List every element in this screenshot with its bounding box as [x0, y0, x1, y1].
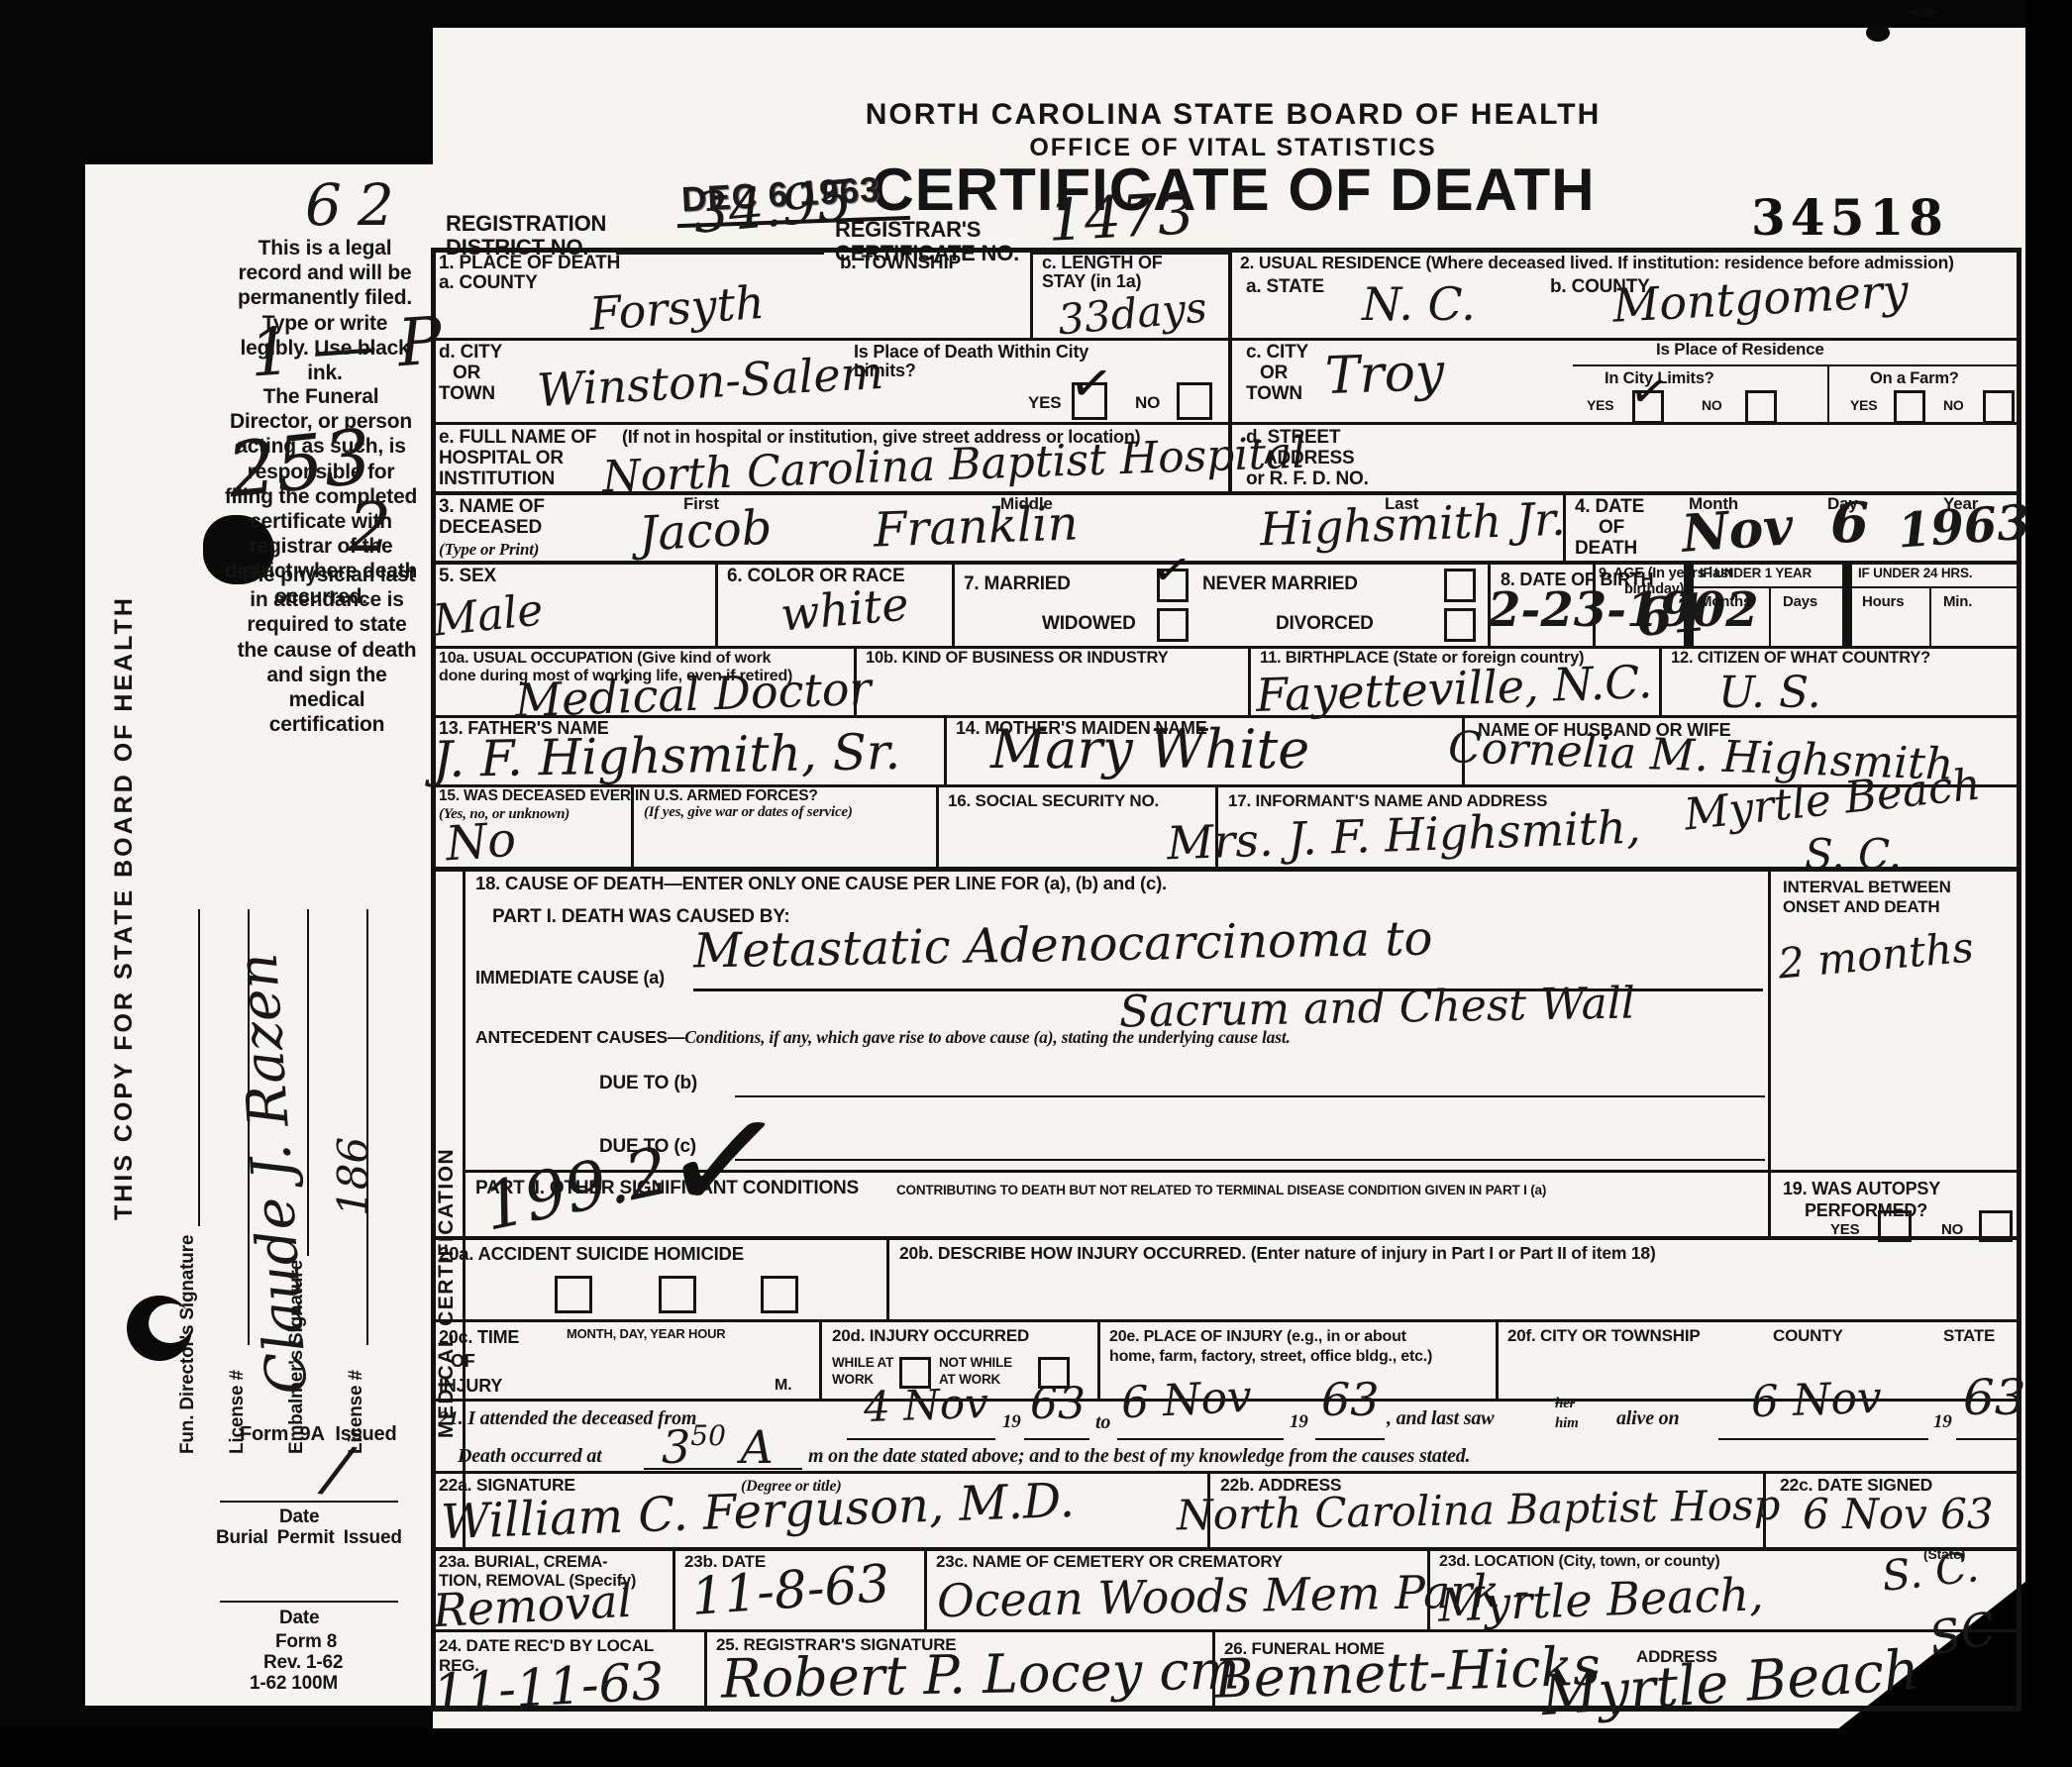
death-day-handwriting: 6 — [1830, 495, 1869, 551]
embalmer-license-handwriting: 186 — [333, 1137, 374, 1216]
grid-line — [431, 1629, 2021, 1632]
margin-code-1: 1 — P — [248, 308, 444, 386]
signature-line — [366, 909, 368, 1345]
social-security-label: 16. SOCIAL SECURITY NO. — [948, 792, 1159, 810]
printed-19-c: 19 — [1933, 1412, 1952, 1433]
grid-line — [952, 561, 955, 646]
file-number-handwriting: 62 — [305, 176, 410, 234]
date-label: Date — [279, 1609, 319, 1629]
ink-speck — [1866, 24, 1890, 42]
last-seen-year-handwriting: 63 — [1963, 1373, 2026, 1422]
certificate-title: CERTIFICATE OF DEATH — [763, 158, 1704, 223]
city-l1: d. CITY — [439, 342, 502, 363]
citizen-label: 12. CITIZEN OF WHAT COUNTRY? — [1671, 650, 1930, 668]
widowed-checkbox — [1157, 608, 1189, 642]
grid-line — [1248, 646, 1251, 715]
antecedent-bold: ANTECEDENT CAUSES— — [475, 1027, 684, 1047]
registration-district-handwriting: 34.95 — [691, 173, 855, 243]
death-certificate-scan: THIS COPY FOR STATE BOARD OF HEALTH 62 T… — [0, 0, 2072, 1767]
form8-label: Form 8 — [275, 1632, 337, 1653]
death-limits-yes-check: ✓ — [1067, 356, 1116, 413]
and-last-saw-text: , and last saw — [1387, 1408, 1494, 1430]
printed-19-b: 19 — [1290, 1412, 1308, 1433]
toi-l1: 20c. TIME — [439, 1327, 519, 1347]
death-limits-yes-label: YES — [1028, 394, 1061, 412]
date-received-handwriting: 11-11-63 — [432, 1656, 666, 1719]
kind-of-business-label: 10b. KIND OF BUSINESS OR INDUSTRY — [866, 650, 1168, 668]
homicide-checkbox — [761, 1276, 798, 1313]
suicide-checkbox — [659, 1276, 696, 1313]
autopsy-label: 19. WAS AUTOPSY PERFORMED? — [1783, 1179, 1940, 1221]
scan-edge-bottom — [0, 1728, 2072, 1767]
u21 — [644, 1468, 802, 1470]
form8-rev-label: Rev. 1-62 — [263, 1653, 343, 1674]
signature-line — [307, 909, 309, 1256]
burial-date-handwriting: 11-8-63 — [689, 1558, 891, 1623]
married-label: 7. MARRIED — [964, 574, 1071, 595]
poi-l2: home, farm, factory, street, office bldg… — [1109, 1348, 1432, 1365]
nwaw-l1: NOT WHILE — [939, 1355, 1012, 1370]
death-time-handwriting: 350 A — [662, 1422, 774, 1470]
grid-line — [431, 1547, 2021, 1551]
u21 — [1117, 1438, 1284, 1440]
grid-line — [431, 561, 2021, 565]
farm-no-checkbox — [1983, 390, 2015, 424]
fathers-name-handwriting: J. F. Highsmith, Sr. — [433, 727, 901, 784]
never-married-checkbox — [1444, 569, 1476, 602]
death-occurred-text: Death occurred at — [458, 1446, 601, 1468]
registrar-signature-handwriting: Robert P. Locey cm — [721, 1643, 1241, 1706]
days-label: Days — [1783, 594, 1817, 610]
trailing-handwriting: SC — [1926, 1606, 2000, 1662]
grid-line — [673, 1547, 675, 1632]
grid-line — [1769, 588, 1771, 646]
mothers-name-handwriting: Mary White — [990, 723, 1309, 777]
city-l3: TOWN — [439, 383, 495, 404]
her-struck: her — [1555, 1396, 1575, 1411]
last-name-handwriting: Highsmith Jr. — [1259, 496, 1566, 553]
middle-name-handwriting: Franklin — [873, 499, 1079, 554]
widowed-label: WIDOWED — [1042, 614, 1136, 635]
length-of-stay-l1: c. LENGTH OF — [1042, 253, 1163, 272]
attended-from-year-handwriting: 63 — [1030, 1383, 1086, 1426]
death-limits-no-label: NO — [1135, 394, 1160, 412]
limits-q-l1: Is Place of Death Within City — [854, 342, 1088, 362]
margin-note-physician: The physician last in attendance is requ… — [230, 563, 424, 737]
registrar-l1: REGISTRAR'S — [835, 217, 981, 242]
copy-vertical-label: THIS COPY FOR STATE BOARD OF HEALTH — [111, 576, 138, 1220]
county-label: a. COUNTY — [439, 273, 538, 294]
street-address-label: d. STREET ADDRESS or R. F. D. NO. — [1246, 428, 1369, 490]
funeral-director-block: Fun. Director's Signature License # Emba… — [176, 903, 386, 1454]
name-l1: 3. NAME OF — [439, 496, 545, 517]
county-handwriting: Forsyth — [588, 279, 767, 337]
grid-line — [944, 715, 947, 784]
limits-q-l2: Limits? — [854, 361, 916, 380]
age-handwriting: 61 — [1634, 587, 1710, 645]
residence-state-handwriting: N. C. — [1362, 281, 1476, 327]
last-seen-handwriting: 6 Nov — [1750, 1377, 1882, 1425]
attended-to-handwriting: 6 Nov — [1120, 1376, 1253, 1426]
burial-l1: 23a. BURIAL, CREMA- — [439, 1553, 607, 1571]
registrar-certificate-handwriting: 1473 — [1047, 184, 1195, 250]
date-of-death-label: 4. DATE OF DEATH — [1575, 497, 1644, 560]
res-limits-yes-label: YES — [1587, 398, 1613, 413]
immediate-cause-label: IMMEDIATE CAUSE (a) — [475, 969, 665, 987]
length-of-stay-label: c. LENGTH OF STAY (in 1a) — [1042, 254, 1163, 292]
attended-to-year-handwriting: 63 — [1321, 1377, 1380, 1422]
occ-l1: 10a. USUAL OCCUPATION (Give kind of work — [439, 650, 771, 667]
street-l2: ADDRESS — [1246, 448, 1355, 468]
embalmer-signature-handwriting: Claude J. Razen — [231, 951, 317, 1396]
board-title: NORTH CAROLINA STATE BOARD OF HEALTH — [787, 99, 1679, 131]
u21 — [1718, 1438, 1928, 1440]
armed-forces-handwriting: No — [444, 816, 517, 869]
location-handwriting: Myrtle Beach, — [1437, 1571, 1764, 1627]
never-married-label: NEVER MARRIED — [1202, 574, 1358, 595]
month-day-year-hour-label: MONTH, DAY, YEAR HOUR — [567, 1327, 726, 1341]
scan-edge-right — [2025, 0, 2072, 1767]
autopsy-yes-label: YES — [1830, 1222, 1859, 1238]
grid-line — [1768, 867, 1771, 1239]
street-l1: d. STREET — [1246, 427, 1340, 448]
u21 — [1024, 1438, 1089, 1440]
hours-label: Hours — [1862, 594, 1904, 610]
interval-label: INTERVAL BETWEEN ONSET AND DEATH — [1783, 878, 1951, 918]
death-city-limits-question: Is Place of Death Within City Limits? — [854, 343, 1088, 381]
min-label: Min. — [1943, 594, 1972, 610]
time-of-injury-label: 20c. TIME OF INJURY — [439, 1325, 519, 1398]
form9a-label: Form 9A Issued — [240, 1424, 397, 1446]
place-of-death-label: 1. PLACE OF DEATH — [439, 254, 620, 274]
name-of-deceased-label: 3. NAME OF DECEASED — [439, 497, 545, 539]
hospital-l3: INSTITUTION — [439, 468, 555, 489]
date-label: Date — [279, 1507, 319, 1528]
residence-city-label: c. CITY OR TOWN — [1246, 343, 1308, 405]
autopsy-no-label: NO — [1941, 1222, 1963, 1238]
res-city-l2: OR — [1246, 363, 1288, 383]
res-city-l1: c. CITY — [1246, 342, 1308, 363]
margin-line — [220, 1601, 398, 1603]
injury-occurred-label: 20d. INJURY OCCURRED — [832, 1327, 1029, 1345]
farm-yes-label: YES — [1850, 398, 1877, 413]
to-text: to — [1095, 1412, 1110, 1434]
part2-sub-label: CONTRIBUTING TO DEATH BUT NOT RELATED TO… — [896, 1184, 1546, 1198]
antecedent-label: ANTECEDENT CAUSES—Conditions, if any, wh… — [475, 1028, 1291, 1047]
serial-number-stamp: 34518 — [1751, 188, 1948, 247]
sex-label: 5. SEX — [439, 567, 496, 587]
antecedent-italic: Conditions, if any, which gave rise to a… — [684, 1027, 1290, 1047]
burial-type-handwriting: Removal — [432, 1578, 633, 1633]
place-of-injury-label: 20e. PLACE OF INJURY (e.g., in or about … — [1109, 1327, 1432, 1367]
type-or-print-note: (Type or Print) — [439, 541, 539, 559]
u21 — [1315, 1438, 1385, 1440]
toi-l3: INJURY — [439, 1376, 502, 1396]
occupation-handwriting: Medical Doctor — [514, 666, 872, 724]
fun-director-signature-label: Fun. Director's Signature — [178, 1235, 199, 1454]
describe-injury-label: 20b. DESCRIBE HOW INJURY OCCURRED. (Ente… — [899, 1244, 1656, 1263]
death-occurred-rest: m on the date stated above; and to the b… — [808, 1446, 1470, 1468]
her-him-stack: her him — [1555, 1395, 1579, 1433]
grid-line — [704, 1629, 707, 1709]
dod-l3: DEATH — [1575, 538, 1637, 559]
city-or-town-label: d. CITY OR TOWN — [439, 343, 502, 405]
grid-line — [431, 1319, 2021, 1322]
dod-l2: OF — [1575, 517, 1624, 538]
autopsy-no-checkbox — [1979, 1210, 2013, 1242]
accident-suicide-homicide-label: 20a. ACCIDENT SUICIDE HOMICIDE — [439, 1244, 744, 1264]
race-handwriting: white — [778, 580, 910, 637]
physician-address-handwriting: North Carolina Baptist Hosp — [1177, 1485, 1781, 1537]
city-or-township-label: 20f. CITY OR TOWNSHIP — [1507, 1327, 1700, 1345]
birthplace-handwriting: Fayetteville, N.C. — [1255, 659, 1653, 718]
on-a-farm-label: On a Farm? — [1870, 370, 1959, 388]
hospital-name-label: e. FULL NAME OF HOSPITAL OR INSTITUTION — [439, 428, 596, 490]
if-under-24-hrs-label: IF UNDER 24 HRS. — [1858, 567, 1972, 581]
immediate-cause-handwriting-1: Metastatic Adenocarcinoma to — [693, 914, 1433, 975]
grid-line — [1852, 586, 2017, 588]
alive-on-text: alive on — [1616, 1408, 1679, 1430]
time-am: A — [741, 1420, 774, 1474]
location-label: 23d. LOCATION (City, town, or county) — [1439, 1553, 1720, 1570]
attended-text: 21. I attended the deceased from — [439, 1408, 696, 1430]
time-minutes: 50 — [690, 1419, 726, 1452]
form8-print-code: 1-62 100M — [250, 1674, 338, 1695]
citizen-handwriting: U. S. — [1718, 672, 1821, 715]
u21 — [1956, 1438, 2018, 1440]
months-label: Months — [1700, 594, 1751, 610]
armed-forces-label: 15. WAS DECEASED EVER IN U.S. ARMED FORC… — [439, 788, 818, 805]
printed-19-a: 19 — [1002, 1412, 1021, 1433]
res-city-l3: TOWN — [1246, 383, 1302, 404]
first-name-handwriting: Jacob — [638, 504, 774, 559]
time-hour: 3 — [662, 1420, 690, 1474]
res-limits-yes-check: ✓ — [1626, 365, 1672, 417]
length-of-stay-handwriting: 33days — [1056, 287, 1208, 342]
u21 — [847, 1438, 995, 1440]
cause-of-death-header: 18. CAUSE OF DEATH—ENTER ONLY ONE CAUSE … — [475, 874, 1167, 893]
township-label: b. TOWNSHIP — [840, 254, 961, 274]
farm-no-label: NO — [1943, 398, 1964, 413]
death-year-handwriting: 1963 — [1896, 498, 2031, 555]
accident-checkbox — [555, 1276, 592, 1313]
interval-l2: ONSET AND DEATH — [1783, 897, 1940, 916]
armed-forces-note2: (If yes, give war or dates of service) — [644, 804, 853, 820]
death-month-handwriting: Nov — [1680, 501, 1795, 561]
grid-line — [1097, 1319, 1100, 1402]
hospital-l2: HOSPITAL OR — [439, 448, 564, 468]
m-label: M. — [775, 1377, 791, 1394]
autopsy-l1: 19. WAS AUTOPSY — [1783, 1179, 1940, 1198]
grid-line — [1929, 588, 1931, 646]
autopsy-yes-checkbox — [1878, 1210, 1912, 1242]
res-limits-no-label: NO — [1702, 398, 1722, 413]
grid-line — [886, 1236, 889, 1322]
grid-line — [1842, 561, 1852, 646]
attended-from-handwriting: 4 Nov — [863, 1383, 988, 1428]
part2-checkmark: ✓ — [655, 1082, 794, 1242]
waw-l1: WHILE AT — [832, 1355, 893, 1370]
grid-line — [819, 1319, 822, 1402]
residence-state-label: a. STATE — [1246, 277, 1324, 298]
grid-line — [924, 1547, 927, 1632]
location-state-handwriting: S. C. — [1880, 1546, 1981, 1598]
dod-l1: 4. DATE — [1575, 496, 1644, 517]
grid-line — [1030, 248, 1033, 341]
residence-city-handwriting: Troy — [1324, 347, 1445, 402]
grid-line — [1496, 1319, 1499, 1402]
sex-handwriting: Male — [431, 588, 545, 643]
grid-line — [431, 422, 2021, 425]
death-limits-no-checkbox — [1177, 382, 1212, 420]
farm-yes-checkbox — [1894, 390, 1925, 424]
state-col-label: STATE — [1943, 1327, 1995, 1345]
ink-speck — [1910, 8, 1937, 17]
due-to-b-line — [735, 1095, 1765, 1097]
is-place-of-residence-label: Is Place of Residence — [1656, 341, 1824, 359]
res-limits-no-checkbox — [1745, 390, 1777, 424]
margin-code-3: 2 — [349, 495, 391, 563]
toi-l2: OF — [439, 1351, 475, 1371]
grid-line — [1659, 646, 1662, 715]
due-to-c-line — [735, 1159, 1765, 1161]
grid-line — [2017, 248, 2021, 1712]
date-signed-handwriting: 6 Nov 63 — [1803, 1494, 1994, 1535]
him: him — [1555, 1415, 1579, 1431]
county-col-label: COUNTY — [1773, 1327, 1843, 1345]
signature-line — [198, 909, 200, 1226]
burial-permit-label: Burial Permit Issued — [216, 1528, 402, 1549]
if-under-1-year-label: IF UNDER 1 YEAR — [1700, 567, 1812, 581]
margin-line — [220, 1501, 398, 1503]
divorced-label: DIVORCED — [1276, 614, 1374, 635]
street-l3: or R. F. D. NO. — [1246, 468, 1369, 489]
name-l2: DECEASED — [439, 517, 542, 538]
hospital-l1: e. FULL NAME OF — [439, 427, 596, 448]
informant-state-handwriting: S. C. — [1805, 834, 1902, 876]
grid-line — [715, 561, 718, 646]
married-check: ✓ — [1149, 544, 1194, 595]
city-l2: OR — [439, 363, 480, 383]
grid-line — [936, 784, 939, 867]
interval-l1: INTERVAL BETWEEN — [1783, 878, 1951, 896]
poi-l1: 20e. PLACE OF INJURY (e.g., in or about — [1109, 1328, 1406, 1345]
residence-sub-divider — [1827, 364, 1829, 422]
rec-l1: 24. DATE REC'D BY LOCAL — [439, 1636, 654, 1655]
divorced-checkbox — [1444, 608, 1476, 642]
registration-district-l1: REGISTRATION — [446, 211, 606, 236]
